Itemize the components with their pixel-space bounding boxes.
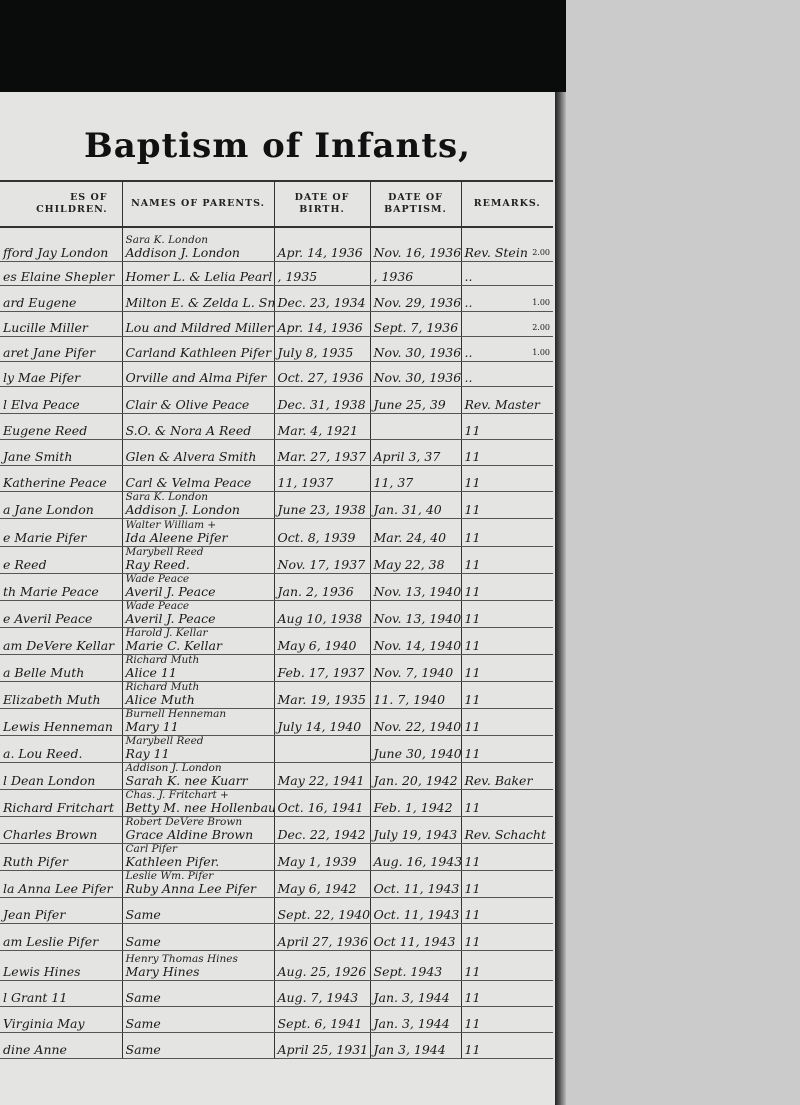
birth-date-cell: Sept. 6, 1941: [274, 1006, 370, 1032]
birth-date-cell: July 14, 1940: [274, 708, 370, 735]
birth-date-cell: Apr. 14, 1936: [274, 227, 370, 261]
child-name-cell: a Jane London: [0, 491, 122, 518]
fee-mark: 2.00: [532, 246, 550, 259]
parents-cell: Leslie Wm. PiferRuby Anna Lee Pifer: [122, 870, 274, 897]
remarks-text: 11: [465, 964, 481, 979]
table-row: th Marie PeaceWade PeaceAveril J. PeaceJ…: [0, 573, 553, 600]
parent-names: Sarah K. nee Kuarr: [126, 773, 248, 788]
parent-names: Glen & Alvera Smith: [126, 449, 257, 464]
baptism-date-cell: Jan. 3, 1944: [370, 1006, 461, 1032]
child-name-cell: la Anna Lee Pifer: [0, 870, 122, 897]
baptism-date-cell: 11. 7, 1940: [370, 681, 461, 708]
birth-date-cell: Aug. 25, 1926: [274, 950, 370, 980]
child-name-cell: Lewis Henneman: [0, 708, 122, 735]
parent-names: Homer L. & Lelia Pearl Shepler: [126, 269, 275, 284]
parent-names: Same: [126, 990, 161, 1005]
parents-cell: Same: [122, 897, 274, 923]
baptism-date-cell: Nov. 16, 1936: [370, 227, 461, 261]
birth-date-cell: Mar. 4, 1921: [274, 413, 370, 439]
baptism-date-cell: [370, 413, 461, 439]
child-name-cell: Lewis Hines: [0, 950, 122, 980]
parent-names: Averil J. Peace: [126, 611, 216, 626]
table-row: a. Lou Reed.Marybell ReedRay 11June 30, …: [0, 735, 553, 762]
remarks-text: 11: [465, 557, 481, 572]
table-row: fford Jay LondonSara K. LondonAddison J.…: [0, 227, 553, 261]
child-name-cell: dine Anne: [0, 1032, 122, 1058]
remarks-text: Rev. Baker: [465, 773, 533, 788]
parents-cell: Richard MuthAlice Muth: [122, 681, 274, 708]
remarks-cell: 11: [461, 897, 553, 923]
table-row: am Leslie PiferSameApril 27, 1936Oct 11,…: [0, 923, 553, 950]
child-name-cell: Virginia May: [0, 1006, 122, 1032]
birth-date-cell: Mar. 19, 1935: [274, 681, 370, 708]
remarks-cell: 1.00..: [461, 285, 553, 311]
table-row: ly Mae PiferOrville and Alma PiferOct. 2…: [0, 361, 553, 386]
table-row: Katherine PeaceCarl & Velma Peace11, 193…: [0, 465, 553, 491]
parent-names: Alice Muth: [126, 692, 195, 707]
col-baptism: DATE OF BAPTISM.: [370, 181, 461, 227]
birth-date-cell: May 22, 1941: [274, 762, 370, 789]
birth-date-cell: Sept. 22, 1940: [274, 897, 370, 923]
parent-names: Same: [126, 934, 161, 949]
baptism-date-cell: Sept. 1943: [370, 950, 461, 980]
remarks-text: Rev. Schacht: [465, 827, 546, 842]
parent-names: Same: [126, 1042, 161, 1057]
parents-cell: Henry Thomas HinesMary Hines: [122, 950, 274, 980]
baptism-date-cell: Feb. 1, 1942: [370, 789, 461, 816]
baptism-date-cell: June 30, 1940: [370, 735, 461, 762]
remarks-cell: 11: [461, 1032, 553, 1058]
parent-names: Same: [126, 907, 161, 922]
table-row: la Anna Lee PiferLeslie Wm. PiferRuby An…: [0, 870, 553, 897]
birth-date-cell: , 1935: [274, 261, 370, 285]
parents-cell: Clair & Olive Peace: [122, 386, 274, 413]
baptism-date-cell: Nov. 13, 1940: [370, 600, 461, 627]
remarks-text: 11: [465, 990, 481, 1005]
parent-names: Addison J. London: [126, 502, 240, 517]
fee-mark: 1.00: [532, 346, 550, 359]
table-row: Lewis HennemanBurnell HennemanMary 11Jul…: [0, 708, 553, 735]
parents-cell: Sara K. LondonAddison J. London: [122, 227, 274, 261]
parent-names: Grace Aldine Brown: [126, 827, 254, 842]
table-row: Jane SmithGlen & Alvera SmithMar. 27, 19…: [0, 439, 553, 465]
birth-date-cell: Dec. 23, 1934: [274, 285, 370, 311]
table-row: e ReedMarybell ReedRay Reed.Nov. 17, 193…: [0, 546, 553, 573]
table-row: Lewis HinesHenry Thomas HinesMary HinesA…: [0, 950, 553, 980]
remarks-text: 11: [465, 1042, 481, 1057]
remarks-cell: 11: [461, 654, 553, 681]
remarks-text: 11: [465, 692, 481, 707]
child-name-cell: th Marie Peace: [0, 573, 122, 600]
baptism-date-cell: Jan 3, 1944: [370, 1032, 461, 1058]
child-name-cell: Jane Smith: [0, 439, 122, 465]
parents-cell: Addison J. LondonSarah K. nee Kuarr: [122, 762, 274, 789]
parents-cell: Richard MuthAlice 11: [122, 654, 274, 681]
remarks-cell: 11: [461, 789, 553, 816]
table-row: Eugene ReedS.O. & Nora A ReedMar. 4, 192…: [0, 413, 553, 439]
table-row: l Elva PeaceClair & Olive PeaceDec. 31, …: [0, 386, 553, 413]
baptism-date-cell: Nov. 13, 1940: [370, 573, 461, 600]
table-row: l Dean LondonAddison J. LondonSarah K. n…: [0, 762, 553, 789]
child-name-cell: e Averil Peace: [0, 600, 122, 627]
child-name-cell: Ruth Pifer: [0, 843, 122, 870]
parent-names: Averil J. Peace: [126, 584, 216, 599]
parents-cell: Carl PiferKathleen Pifer.: [122, 843, 274, 870]
baptism-date-cell: Nov. 14, 1940: [370, 627, 461, 654]
child-name-cell: a Belle Muth: [0, 654, 122, 681]
parents-cell: Sara K. LondonAddison J. London: [122, 491, 274, 518]
remarks-text: 11: [465, 907, 481, 922]
birth-date-cell: 11, 1937: [274, 465, 370, 491]
remarks-text: 11: [465, 746, 481, 761]
parent-names: Mary Hines: [126, 964, 200, 979]
table-row: Lucille MillerLou and Mildred MillerApr.…: [0, 311, 553, 336]
parents-cell: Same: [122, 1006, 274, 1032]
birth-date-cell: Mar. 27, 1937: [274, 439, 370, 465]
child-name-cell: Charles Brown: [0, 816, 122, 843]
child-name-cell: e Marie Pifer: [0, 518, 122, 546]
table-row: a Jane LondonSara K. LondonAddison J. Lo…: [0, 491, 553, 518]
remarks-cell: 11: [461, 465, 553, 491]
birth-date-cell: Aug 10, 1938: [274, 600, 370, 627]
child-name-cell: l Grant 11: [0, 980, 122, 1006]
register-page: Baptism of Infants, ES OF CHILDREN. NAME…: [0, 92, 559, 1105]
table-row: e Averil PeaceWade PeaceAveril J. PeaceA…: [0, 600, 553, 627]
remarks-cell: 11: [461, 735, 553, 762]
parents-cell: Carland Kathleen Pifer: [122, 336, 274, 361]
table-row: a Belle MuthRichard MuthAlice 11Feb. 17,…: [0, 654, 553, 681]
parent-names: Clair & Olive Peace: [126, 397, 250, 412]
parent-names: Alice 11: [126, 665, 177, 680]
remarks-cell: 11: [461, 600, 553, 627]
baptism-date-cell: July 19, 1943: [370, 816, 461, 843]
birth-date-cell: Dec. 31, 1938: [274, 386, 370, 413]
remarks-cell: 2.00Rev. Stein: [461, 227, 553, 261]
remarks-cell: 11: [461, 681, 553, 708]
baptism-date-cell: Nov. 7, 1940: [370, 654, 461, 681]
parent-names: S.O. & Nora A Reed: [126, 423, 252, 438]
birth-date-cell: April 27, 1936: [274, 923, 370, 950]
remarks-cell: 11: [461, 413, 553, 439]
baptism-date-cell: Oct. 11, 1943: [370, 897, 461, 923]
birth-date-cell: May 1, 1939: [274, 843, 370, 870]
birth-date-cell: Feb. 17, 1937: [274, 654, 370, 681]
remarks-text: ..: [465, 295, 473, 310]
parent-names: Mary 11: [126, 719, 179, 734]
parents-cell: Marybell ReedRay Reed.: [122, 546, 274, 573]
baptism-date-cell: Oct. 11, 1943: [370, 870, 461, 897]
remarks-cell: 11: [461, 518, 553, 546]
parents-cell: Carl & Velma Peace: [122, 465, 274, 491]
remarks-text: 11: [465, 1016, 481, 1031]
baptism-date-cell: June 25, 39: [370, 386, 461, 413]
remarks-text: 11: [465, 584, 481, 599]
col-birth: DATE OF BIRTH.: [274, 181, 370, 227]
remarks-text: 11: [465, 449, 481, 464]
table-row: Richard FritchartChas. J. Fritchart +Bet…: [0, 789, 553, 816]
parent-names: Orville and Alma Pifer: [126, 370, 267, 385]
remarks-text: ..: [465, 370, 473, 385]
col-remarks: REMARKS.: [461, 181, 553, 227]
baptism-date-cell: Nov. 30, 1936: [370, 361, 461, 386]
child-name-cell: am DeVere Kellar: [0, 627, 122, 654]
child-name-cell: Elizabeth Muth: [0, 681, 122, 708]
parent-names: Carl & Velma Peace: [126, 475, 252, 490]
fee-mark: 1.00: [532, 296, 550, 309]
table-row: Ruth PiferCarl PiferKathleen Pifer.May 1…: [0, 843, 553, 870]
scanner-background: [566, 0, 800, 1105]
header-row: ES OF CHILDREN. NAMES OF PARENTS. DATE O…: [0, 181, 553, 227]
baptism-date-cell: , 1936: [370, 261, 461, 285]
parent-names: Marie C. Kellar: [126, 638, 222, 653]
child-name-cell: Jean Pifer: [0, 897, 122, 923]
parents-cell: Robert DeVere BrownGrace Aldine Brown: [122, 816, 274, 843]
birth-date-cell: Oct. 8, 1939: [274, 518, 370, 546]
baptism-date-cell: 11, 37: [370, 465, 461, 491]
remarks-text: Rev. Stein: [465, 245, 528, 260]
baptism-date-cell: Nov. 30, 1936: [370, 336, 461, 361]
remarks-cell: ..: [461, 261, 553, 285]
birth-date-cell: May 6, 1942: [274, 870, 370, 897]
dark-background: [0, 0, 566, 92]
parents-cell: Orville and Alma Pifer: [122, 361, 274, 386]
parent-names: Ray 11: [126, 746, 170, 761]
remarks-text: 11: [465, 530, 481, 545]
child-name-cell: Lucille Miller: [0, 311, 122, 336]
child-name-cell: Katherine Peace: [0, 465, 122, 491]
remarks-text: 11: [465, 665, 481, 680]
child-name-cell: am Leslie Pifer: [0, 923, 122, 950]
table-row: dine AnneSameApril 25, 1931Jan 3, 194411: [0, 1032, 553, 1058]
remarks-cell: 11: [461, 546, 553, 573]
parents-cell: Glen & Alvera Smith: [122, 439, 274, 465]
child-name-cell: ly Mae Pifer: [0, 361, 122, 386]
table-row: Jean PiferSameSept. 22, 1940Oct. 11, 194…: [0, 897, 553, 923]
remarks-text: 11: [465, 854, 481, 869]
remarks-cell: 2.00: [461, 311, 553, 336]
table-row: ard EugeneMilton E. & Zelda L. SmithDec.…: [0, 285, 553, 311]
parents-cell: S.O. & Nora A Reed: [122, 413, 274, 439]
parent-names: Carland Kathleen Pifer: [126, 345, 272, 360]
parents-cell: Milton E. & Zelda L. Smith: [122, 285, 274, 311]
remarks-text: 11: [465, 934, 481, 949]
parent-names: Lou and Mildred Miller: [126, 320, 274, 335]
table-row: e Marie PiferWalter William +Ida Aleene …: [0, 518, 553, 546]
birth-date-cell: May 6, 1940: [274, 627, 370, 654]
child-name-cell: e Reed: [0, 546, 122, 573]
parents-cell: Walter William +Ida Aleene Pifer: [122, 518, 274, 546]
remarks-text: 11: [465, 423, 481, 438]
page-title: Baptism of Infants,: [0, 126, 555, 166]
birth-date-cell: April 25, 1931: [274, 1032, 370, 1058]
remarks-cell: 11: [461, 627, 553, 654]
remarks-cell: 11: [461, 843, 553, 870]
baptism-date-cell: Oct 11, 1943: [370, 923, 461, 950]
baptism-date-cell: Nov. 22, 1940: [370, 708, 461, 735]
remarks-cell: 11: [461, 573, 553, 600]
fee-mark: 2.00: [532, 321, 550, 334]
remarks-text: 11: [465, 475, 481, 490]
remarks-text: 11: [465, 611, 481, 626]
parents-cell: Same: [122, 980, 274, 1006]
remarks-cell: 11: [461, 1006, 553, 1032]
parents-cell: Same: [122, 923, 274, 950]
birth-date-cell: [274, 735, 370, 762]
birth-date-cell: Oct. 16, 1941: [274, 789, 370, 816]
birth-date-cell: Apr. 14, 1936: [274, 311, 370, 336]
col-children: ES OF CHILDREN.: [0, 181, 122, 227]
parent-names: Betty M. nee Hollenbaugh: [126, 800, 275, 815]
birth-date-cell: June 23, 1938: [274, 491, 370, 518]
parent-names: Ruby Anna Lee Pifer: [126, 881, 257, 896]
remarks-text: 11: [465, 719, 481, 734]
col-parents: NAMES OF PARENTS.: [122, 181, 274, 227]
birth-date-cell: Oct. 27, 1936: [274, 361, 370, 386]
table-row: Charles BrownRobert DeVere BrownGrace Al…: [0, 816, 553, 843]
remarks-cell: Rev. Schacht: [461, 816, 553, 843]
child-name-cell: ard Eugene: [0, 285, 122, 311]
parents-cell: Homer L. & Lelia Pearl Shepler: [122, 261, 274, 285]
birth-date-cell: Aug. 7, 1943: [274, 980, 370, 1006]
baptism-date-cell: Jan. 3, 1944: [370, 980, 461, 1006]
baptism-date-cell: April 3, 37: [370, 439, 461, 465]
parent-names: Kathleen Pifer.: [126, 854, 220, 869]
parents-cell: Chas. J. Fritchart +Betty M. nee Hollenb…: [122, 789, 274, 816]
remarks-text: 11: [465, 638, 481, 653]
parent-names: Ray Reed.: [126, 557, 190, 572]
parent-names: Ida Aleene Pifer: [126, 530, 228, 545]
table-row: es Elaine SheplerHomer L. & Lelia Pearl …: [0, 261, 553, 285]
parents-cell: Burnell HennemanMary 11: [122, 708, 274, 735]
remarks-cell: 11: [461, 439, 553, 465]
child-name-cell: aret Jane Pifer: [0, 336, 122, 361]
parents-cell: Marybell ReedRay 11: [122, 735, 274, 762]
table-row: am DeVere KellarHarold J. KellarMarie C.…: [0, 627, 553, 654]
child-name-cell: Richard Fritchart: [0, 789, 122, 816]
parents-cell: Same: [122, 1032, 274, 1058]
table-row: aret Jane PiferCarland Kathleen PiferJul…: [0, 336, 553, 361]
page-edge-shadow: [555, 92, 566, 1105]
remarks-text: 11: [465, 502, 481, 517]
table-row: Virginia MaySameSept. 6, 1941Jan. 3, 194…: [0, 1006, 553, 1032]
remarks-cell: 1.00..: [461, 336, 553, 361]
child-name-cell: l Dean London: [0, 762, 122, 789]
remarks-cell: Rev. Master: [461, 386, 553, 413]
parent-names: Milton E. & Zelda L. Smith: [126, 295, 275, 310]
remarks-cell: 11: [461, 870, 553, 897]
baptism-date-cell: Jan. 20, 1942: [370, 762, 461, 789]
baptism-register-table: ES OF CHILDREN. NAMES OF PARENTS. DATE O…: [0, 180, 553, 1059]
remarks-text: 11: [465, 800, 481, 815]
baptism-date-cell: Sept. 7, 1936: [370, 311, 461, 336]
remarks-cell: 11: [461, 708, 553, 735]
baptism-date-cell: Aug. 16, 1943: [370, 843, 461, 870]
baptism-date-cell: Mar. 24, 40: [370, 518, 461, 546]
remarks-cell: ..: [461, 361, 553, 386]
remarks-text: Rev. Master: [465, 397, 540, 412]
parent-names: Addison J. London: [126, 245, 240, 260]
parent-names: Same: [126, 1016, 161, 1031]
remarks-text: ..: [465, 269, 473, 284]
birth-date-cell: Nov. 17, 1937: [274, 546, 370, 573]
birth-date-cell: Dec. 22, 1942: [274, 816, 370, 843]
parents-cell: Lou and Mildred Miller: [122, 311, 274, 336]
baptism-date-cell: May 22, 38: [370, 546, 461, 573]
child-name-cell: a. Lou Reed.: [0, 735, 122, 762]
table-row: Elizabeth MuthRichard MuthAlice MuthMar.…: [0, 681, 553, 708]
baptism-date-cell: Jan. 31, 40: [370, 491, 461, 518]
baptism-date-cell: Nov. 29, 1936: [370, 285, 461, 311]
remarks-cell: 11: [461, 491, 553, 518]
parents-cell: Harold J. KellarMarie C. Kellar: [122, 627, 274, 654]
parents-cell: Wade PeaceAveril J. Peace: [122, 600, 274, 627]
table-row: l Grant 11SameAug. 7, 1943Jan. 3, 194411: [0, 980, 553, 1006]
birth-date-cell: Jan. 2, 1936: [274, 573, 370, 600]
child-name-cell: es Elaine Shepler: [0, 261, 122, 285]
parents-cell: Wade PeaceAveril J. Peace: [122, 573, 274, 600]
remarks-cell: 11: [461, 980, 553, 1006]
remarks-cell: 11: [461, 950, 553, 980]
remarks-text: 11: [465, 881, 481, 896]
birth-date-cell: July 8, 1935: [274, 336, 370, 361]
child-name-cell: Eugene Reed: [0, 413, 122, 439]
remarks-text: ..: [465, 345, 473, 360]
child-name-cell: l Elva Peace: [0, 386, 122, 413]
remarks-cell: 11: [461, 923, 553, 950]
remarks-cell: Rev. Baker: [461, 762, 553, 789]
child-name-cell: fford Jay London: [0, 227, 122, 261]
